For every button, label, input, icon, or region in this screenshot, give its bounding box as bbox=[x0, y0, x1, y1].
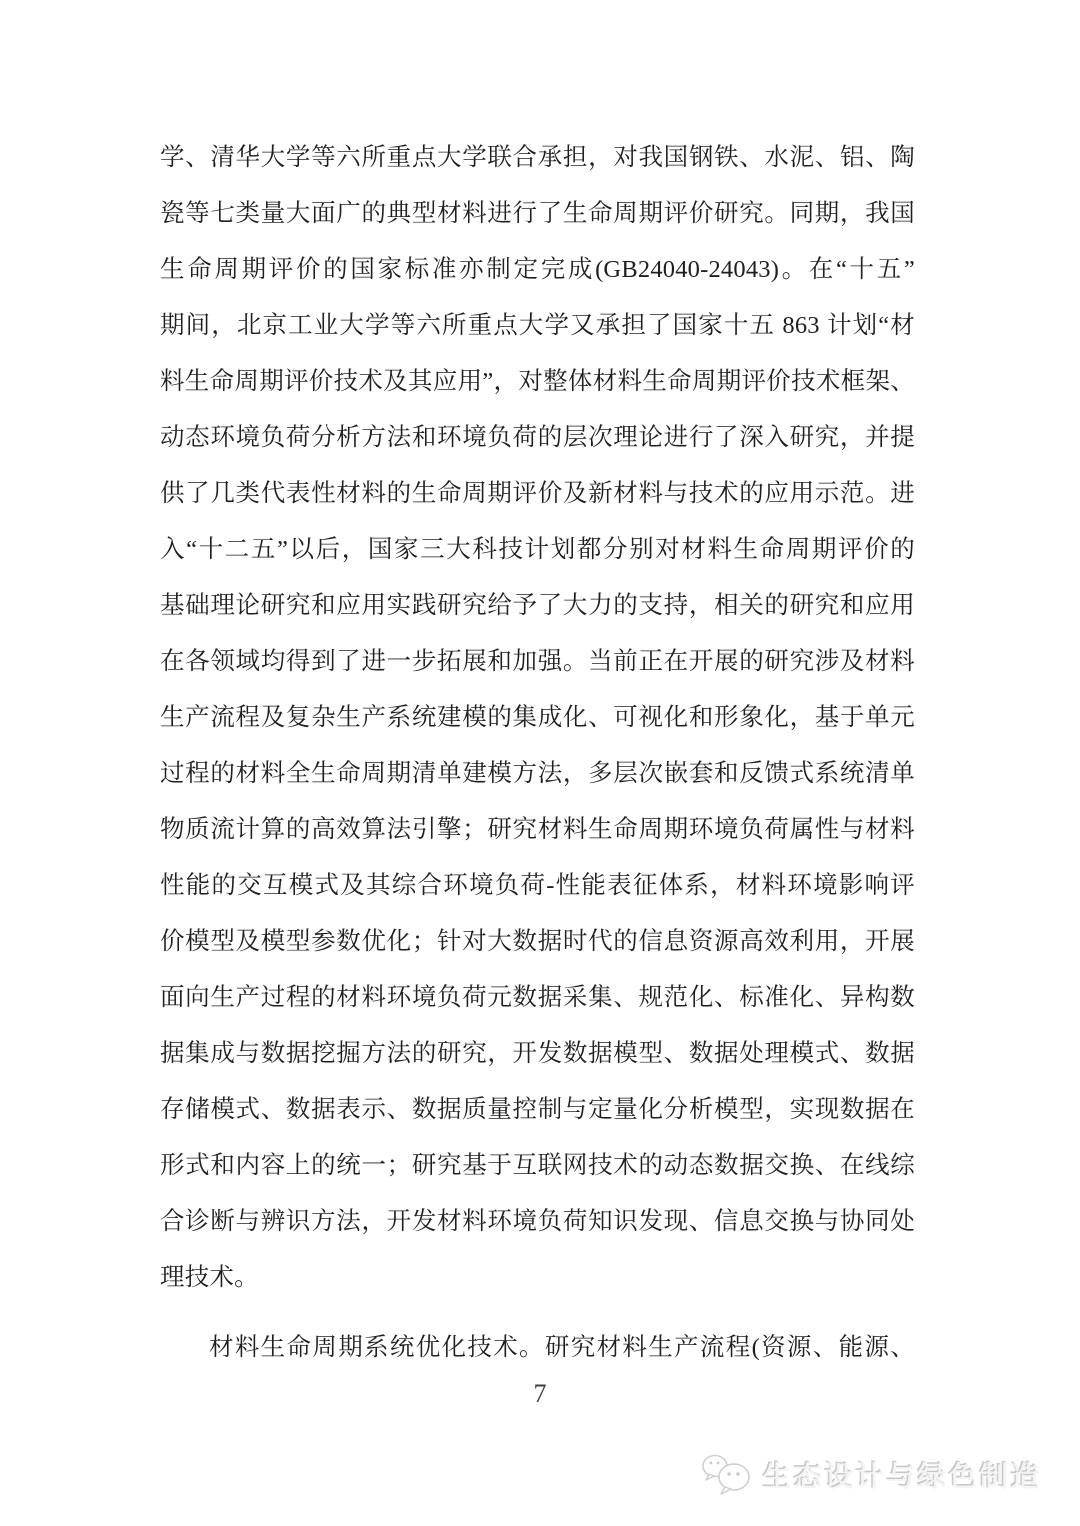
document-page: 学、清华大学等六所重点大学联合承担，对我国钢铁、水泥、铝、陶 瓷等七类量大面广的… bbox=[0, 0, 1080, 1526]
body-line: 合诊断与辨识方法，开发材料环境负荷知识发现、信息交换与协同处 bbox=[160, 1194, 915, 1250]
body-line: 入“十二五”以后，国家三大科技计划都分别对材料生命周期评价的 bbox=[160, 522, 915, 578]
body-line: 性能的交互模式及其综合环境负荷-性能表征体系，材料环境影响评 bbox=[160, 858, 915, 914]
body-line: 供了几类代表性材料的生命周期评价及新材料与技术的应用示范。进 bbox=[160, 466, 915, 522]
wechat-icon bbox=[701, 1452, 753, 1498]
wechat-watermark: 生态设计与绿色制造 bbox=[701, 1452, 1042, 1498]
body-line: 瓷等七类量大面广的典型材料进行了生命周期评价研究。同期，我国 bbox=[160, 186, 915, 242]
page-number: 7 bbox=[0, 1378, 1080, 1410]
body-line: 期间，北京工业大学等六所重点大学又承担了国家十五 863 计划“材 bbox=[160, 298, 915, 354]
watermark-label: 生态设计与绿色制造 bbox=[763, 1455, 1042, 1495]
body-line: 学、清华大学等六所重点大学联合承担，对我国钢铁、水泥、铝、陶 bbox=[160, 130, 915, 186]
body-line: 生产流程及复杂生产系统建模的集成化、可视化和形象化，基于单元 bbox=[160, 690, 915, 746]
body-line: 物质流计算的高效算法引擎；研究材料生命周期环境负荷属性与材料 bbox=[160, 802, 915, 858]
body-line: 存储模式、数据表示、数据质量控制与定量化分析模型，实现数据在 bbox=[160, 1082, 915, 1138]
body-line: 生命周期评价的国家标准亦制定完成(GB24040-24043)。在“十五” bbox=[160, 242, 915, 298]
body-line: 价模型及模型参数优化；针对大数据时代的信息资源高效利用，开展 bbox=[160, 914, 915, 970]
body-text: 学、清华大学等六所重点大学联合承担，对我国钢铁、水泥、铝、陶 瓷等七类量大面广的… bbox=[160, 130, 915, 1376]
body-line: 面向生产过程的材料环境负荷元数据采集、规范化、标准化、异构数 bbox=[160, 970, 915, 1026]
body-line: 过程的材料全生命周期清单建模方法，多层次嵌套和反馈式系统清单 bbox=[160, 746, 915, 802]
body-line: 基础理论研究和应用实践研究给予了大力的支持，相关的研究和应用 bbox=[160, 578, 915, 634]
body-line: 在各领域均得到了进一步拓展和加强。当前正在开展的研究涉及材料 bbox=[160, 634, 915, 690]
body-line: 形式和内容上的统一；研究基于互联网技术的动态数据交换、在线综 bbox=[160, 1138, 915, 1194]
body-line: 动态环境负荷分析方法和环境负荷的层次理论进行了深入研究，并提 bbox=[160, 410, 915, 466]
body-line-new-paragraph: 材料生命周期系统优化技术。研究材料生产流程(资源、能源、 bbox=[160, 1320, 915, 1376]
body-line: 料生命周期评价技术及其应用”，对整体材料生命周期评价技术框架、 bbox=[160, 354, 915, 410]
body-line: 据集成与数据挖掘方法的研究，开发数据模型、数据处理模式、数据 bbox=[160, 1026, 915, 1082]
body-line-paragraph-end: 理技术。 bbox=[160, 1250, 915, 1306]
